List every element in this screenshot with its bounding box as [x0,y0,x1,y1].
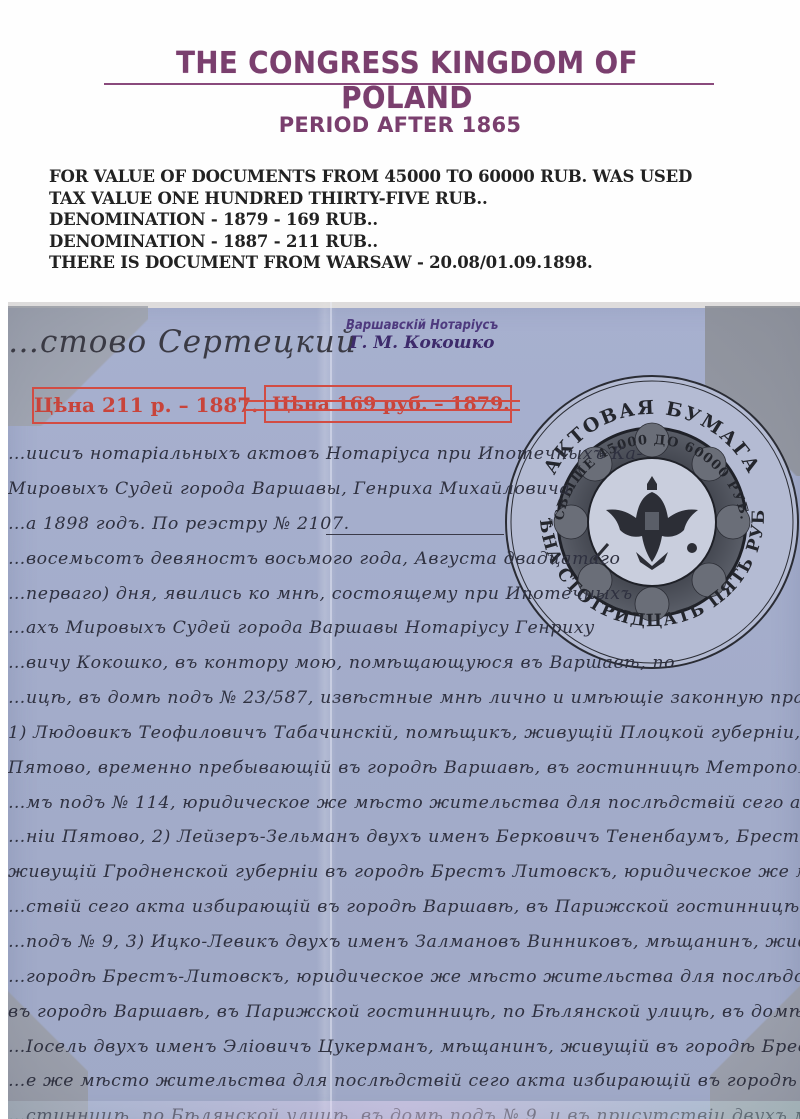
note-line: DENOMINATION - 1887 - 211 RUB.. [49,231,779,253]
page-title: THE CONGRESS KINGDOM OF POLAND [125,46,690,116]
note-line: FOR VALUE OF DOCUMENTS FROM 45000 TO 600… [49,166,779,188]
price-stamp-1887: Цѣна 211 р. – 1887. [32,387,246,424]
handwritten-line: …вичу Кокошко, въ контору мою, помѣщающу… [8,653,675,673]
note-line: THERE IS DOCUMENT FROM WARSAW - 20.08/01… [49,252,779,274]
handwritten-line: …восемьсотъ девяностъ восьмого года, Авг… [8,549,621,569]
handwritten-line: въ городѣ Варшавѣ, въ Парижской гостинни… [8,1002,800,1022]
description-notes: FOR VALUE OF DOCUMENTS FROM 45000 TO 600… [49,166,779,274]
page-subtitle: PERIOD AFTER 1865 [0,113,800,137]
handwritten-line: живущій Гродненской губерніи въ городѣ Б… [8,862,800,882]
register-underline [326,534,504,535]
price-stamp-text: Цѣна 211 р. – 1887. [34,393,258,417]
notary-handstamp: Варшавскій Нотаріусъ Г. М. Кокошко [346,318,498,353]
handwritten-line: Мировыхъ Судей города Варшавы, Генриха М… [8,479,570,499]
price-stamp-text: Цѣна 169 руб. – 1879. [266,387,516,421]
handwritten-line: …иисиъ нотаріальныхъ актовъ Нотаріуса пр… [8,444,643,464]
handwritten-line: …е же мѣсто жительства для послѣдствій с… [8,1071,800,1091]
handwritten-line: …городѣ Брестъ-Литовскъ, юридическое же … [8,967,800,987]
handwritten-line: …ніи Пятово, 2) Лейзеръ-Зельманъ двухъ и… [8,827,800,847]
note-line: TAX VALUE ONE HUNDRED THIRTY-FIVE RUB.. [49,188,779,210]
handwritten-line: …подъ № 9, 3) Ицко-Левикъ двухъ именъ За… [8,932,800,952]
handwritten-line: …ахъ Мировыхъ Судей города Варшавы Нотар… [8,618,595,638]
notary-title: Варшавскій Нотаріусъ [346,318,498,333]
handwritten-line: …ствій сего акта избирающій въ городѣ Ва… [8,897,800,917]
handwritten-signature: …стово Сертецкий [8,324,357,360]
note-line: DENOMINATION - 1879 - 169 RUB.. [49,209,779,231]
handwritten-line: …ицѣ, въ домѣ подъ № 23/587, извѣстные м… [8,688,800,708]
strikethrough-line [246,400,520,402]
handwritten-line: …перваго) дня, явились ко мнѣ, состоящем… [8,584,633,604]
title-underline [104,83,714,85]
price-stamp-1879-cancelled: Цѣна 169 руб. – 1879. [264,385,512,423]
notary-name: Г. М. Кокошко [346,333,498,353]
paper-fold [330,302,332,1119]
handwritten-line: 1) Людовикъ Теофиловичъ Табачинскій, пом… [8,723,800,743]
handwritten-line: …а 1898 годъ. По реэстру № 2107. [8,514,350,534]
collection-page-header: THE CONGRESS KINGDOM OF POLAND PERIOD AF… [0,0,800,300]
notarial-document-scan: …стово Сертецкий Варшавскій Нотаріусъ Г.… [8,302,800,1119]
handwritten-line: …Іосель двухъ именъ Элiовичъ Цукерманъ, … [8,1037,800,1057]
handwritten-line: …мъ подъ № 114, юридическое же мѣсто жит… [8,793,800,813]
strikethrough-line [246,409,520,411]
handwritten-line: Пятово, временно пребывающій въ городѣ В… [8,758,800,778]
scan-glare [8,1101,800,1119]
